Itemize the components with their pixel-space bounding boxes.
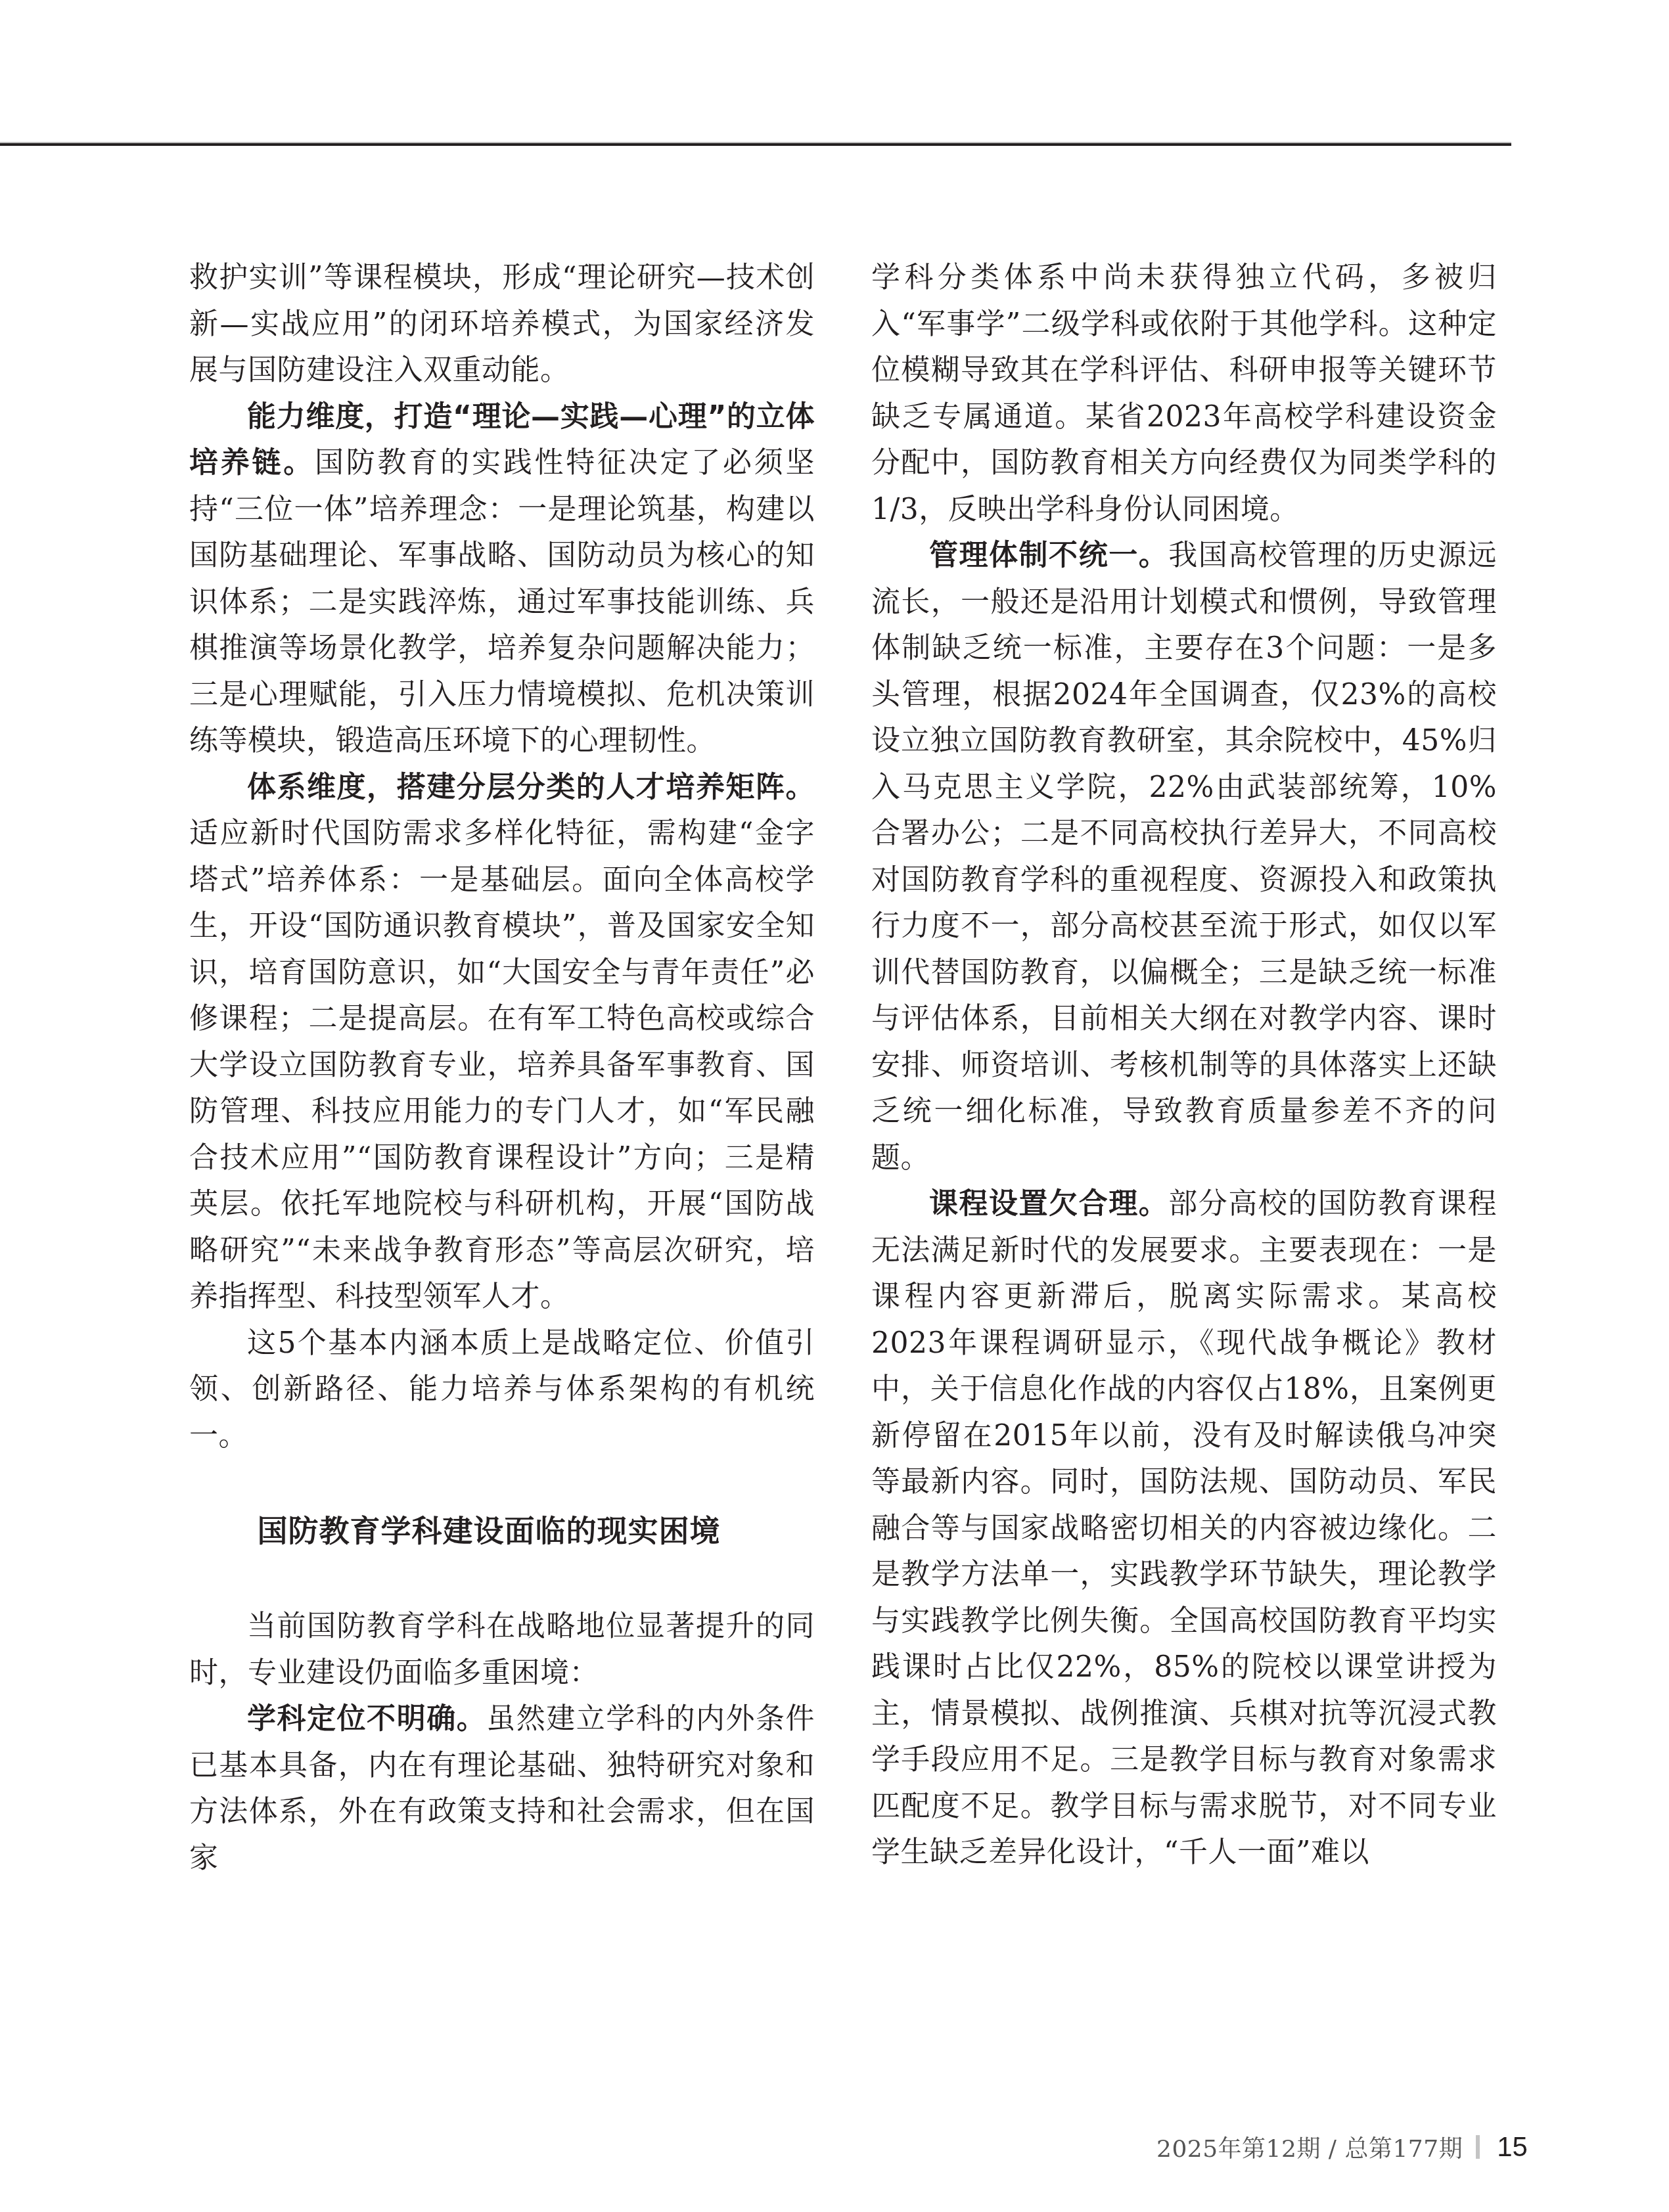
- page-footer: 2025年第12期 / 总第177期 15: [1156, 2127, 1528, 2167]
- header-rule: [0, 143, 1511, 146]
- paragraph-body: 我国高校管理的历史源远流长，一般还是沿用计划模式和惯例，导致管理体制缺乏统一标准…: [871, 539, 1497, 1175]
- left-column: 救护实训”等课程模块，形成“理论研究—技术创新—实战应用”的闭环培养模式，为国家…: [189, 255, 815, 1882]
- section-spacer: [189, 1554, 815, 1604]
- paragraph-discipline-positioning: 学科定位不明确。虽然建立学科的内外条件已基本具备，内在有理论基础、独特研究对象和…: [189, 1696, 815, 1882]
- paragraph-continuation: 救护实训”等课程模块，形成“理论研究—技术创新—实战应用”的闭环培养模式，为国家…: [189, 255, 815, 394]
- paragraph-system-dimension: 体系维度，搭建分层分类的人才培养矩阵。适应新时代国防需求多样化特征，需构建“金字…: [189, 765, 815, 1320]
- paragraph-body: 国防教育的实践性特征决定了必须坚持“三位一体”培养理念：一是理论筑基，构建以国防…: [189, 446, 815, 757]
- right-column: 学科分类体系中尚未获得独立代码，多被归入“军事学”二级学科或依附于其他学科。这种…: [871, 255, 1497, 1876]
- issue-info: 2025年第12期 / 总第177期: [1156, 2131, 1463, 2164]
- paragraph-continuation: 学科分类体系中尚未获得独立代码，多被归入“军事学”二级学科或依附于其他学科。这种…: [871, 255, 1497, 533]
- page-number: 15: [1497, 2131, 1528, 2163]
- paragraph-body: 部分高校的国防教育课程无法满足新时代的发展要求。主要表现在：一是课程内容更新滞后…: [871, 1187, 1497, 1869]
- footer-divider: [1476, 2135, 1480, 2159]
- paragraph-lead: 课程设置欠合理。: [929, 1187, 1168, 1221]
- paragraph-lead: 学科定位不明确。: [247, 1702, 486, 1736]
- section-heading: 国防教育学科建设面临的现实困境: [189, 1508, 815, 1554]
- paragraph-lead: 管理体制不统一。: [929, 539, 1168, 572]
- paragraph-ability-dimension: 能力维度，打造“理论—实践—心理”的立体培养链。国防教育的实践性特征决定了必须坚…: [189, 394, 815, 765]
- paragraph-summary: 这5个基本内涵本质上是战略定位、价值引领、创新路径、能力培养与体系架构的有机统一…: [189, 1320, 815, 1460]
- paragraph-curriculum: 课程设置欠合理。部分高校的国防教育课程无法满足新时代的发展要求。主要表现在：一是…: [871, 1181, 1497, 1876]
- paragraph-management-system: 管理体制不统一。我国高校管理的历史源远流长，一般还是沿用计划模式和惯例，导致管理…: [871, 533, 1497, 1181]
- paragraph-lead: 体系维度，搭建分层分类的人才培养矩阵。: [247, 771, 815, 804]
- paragraph-intro: 当前国防教育学科在战略地位显著提升的同时，专业建设仍面临多重困境：: [189, 1604, 815, 1696]
- paragraph-body: 适应新时代国防需求多样化特征，需构建“金字塔式”培养体系：一是基础层。面向全体高…: [189, 817, 815, 1313]
